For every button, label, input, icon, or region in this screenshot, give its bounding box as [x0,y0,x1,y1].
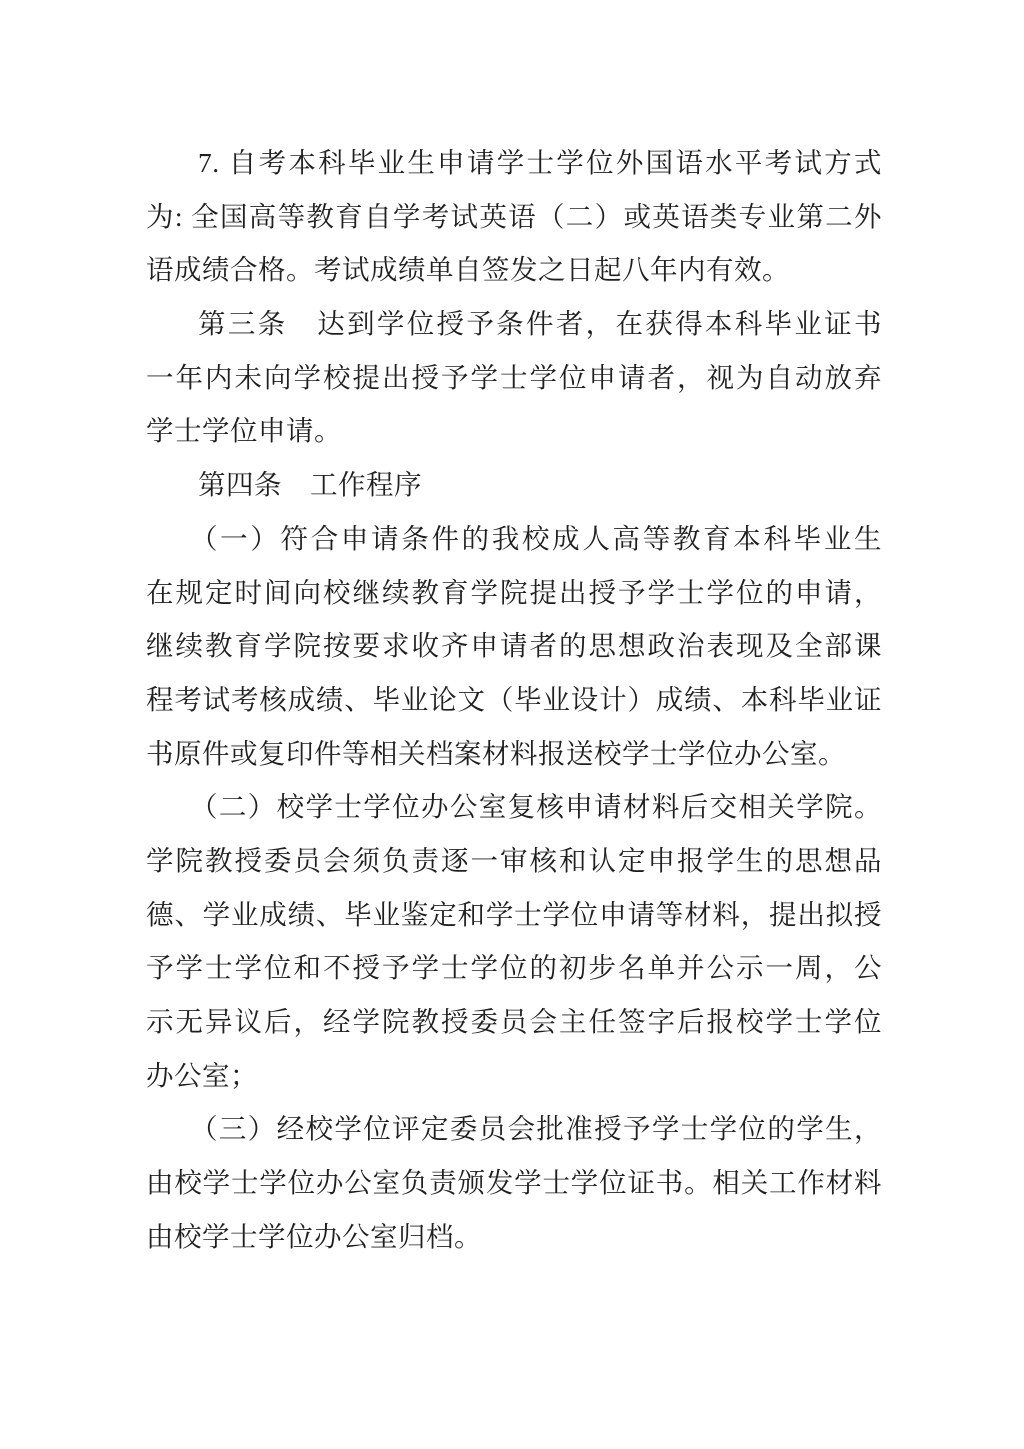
text-line: 书原件或复印件等相关档案材料报送校学士学位办公室。 [146,727,882,781]
text-line: 在规定时间向校继续教育学院提出授予学士学位的申请， [146,566,882,620]
text-line: 语成绩合格。考试成绩单自签发之日起八年内有效。 [146,243,882,297]
text-line: 程考试考核成绩、毕业论文（毕业设计）成绩、本科毕业证 [146,673,882,727]
text-line: 由校学士学位办公室负责颁发学士学位证书。相关工作材料 [146,1156,882,1210]
text-line: 学士学位申请。 [146,404,882,458]
text-line: （三）经校学位评定委员会批准授予学士学位的学生， [146,1102,882,1156]
paragraph: （一）符合申请条件的我校成人高等教育本科毕业生 在规定时间向校继续教育学院提出授… [146,512,882,780]
text-line: 7. 自考本科毕业生申请学士学位外国语水平考试方式 [146,136,882,190]
text-line: 办公室； [146,1049,882,1103]
text-line: 予学士学位和不授予学士学位的初步名单并公示一周，公 [146,941,882,995]
text-line: 为: 全国高等教育自学考试英语（二）或英语类专业第二外 [146,190,882,244]
text-line: 第四条 工作程序 [146,458,882,512]
text-line: 德、学业成绩、毕业鉴定和学士学位申请等材料，提出拟授 [146,888,882,942]
text-line: （二）校学士学位办公室复核申请材料后交相关学院。 [146,780,882,834]
text-line: 继续教育学院按要求收齐申请者的思想政治表现及全部课 [146,619,882,673]
paragraph: 第三条 达到学位授予条件者，在获得本科毕业证书 一年内未向学校提出授予学士学位申… [146,297,882,458]
paragraph: 7. 自考本科毕业生申请学士学位外国语水平考试方式 为: 全国高等教育自学考试英… [146,136,882,297]
paragraph: （二）校学士学位办公室复核申请材料后交相关学院。 学院教授委员会须负责逐一审核和… [146,780,882,1263]
text-line: 示无异议后，经学院教授委员会主任签字后报校学士学位 [146,995,882,1049]
text-line: 第三条 达到学位授予条件者，在获得本科毕业证书 [146,297,882,351]
text-line: 由校学士学位办公室归档。 [146,1210,882,1264]
paragraph: 第四条 工作程序 [146,458,882,512]
text-line: 一年内未向学校提出授予学士学位申请者，视为自动放弃 [146,351,882,405]
document-page: 7. 自考本科毕业生申请学士学位外国语水平考试方式 为: 全国高等教育自学考试英… [0,0,1024,1449]
text-line: （一）符合申请条件的我校成人高等教育本科毕业生 [146,512,882,566]
document-text-block: 7. 自考本科毕业生申请学士学位外国语水平考试方式 为: 全国高等教育自学考试英… [146,136,882,1263]
text-line: 学院教授委员会须负责逐一审核和认定申报学生的思想品 [146,834,882,888]
